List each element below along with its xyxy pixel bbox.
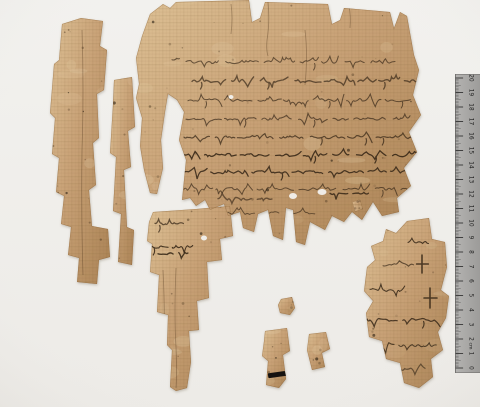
photo-vignette	[0, 0, 480, 407]
artifact-photo: 01234567891011121314151617181920cm	[0, 0, 480, 407]
papyrus-and-scale-photo: 01234567891011121314151617181920cm	[0, 0, 480, 407]
